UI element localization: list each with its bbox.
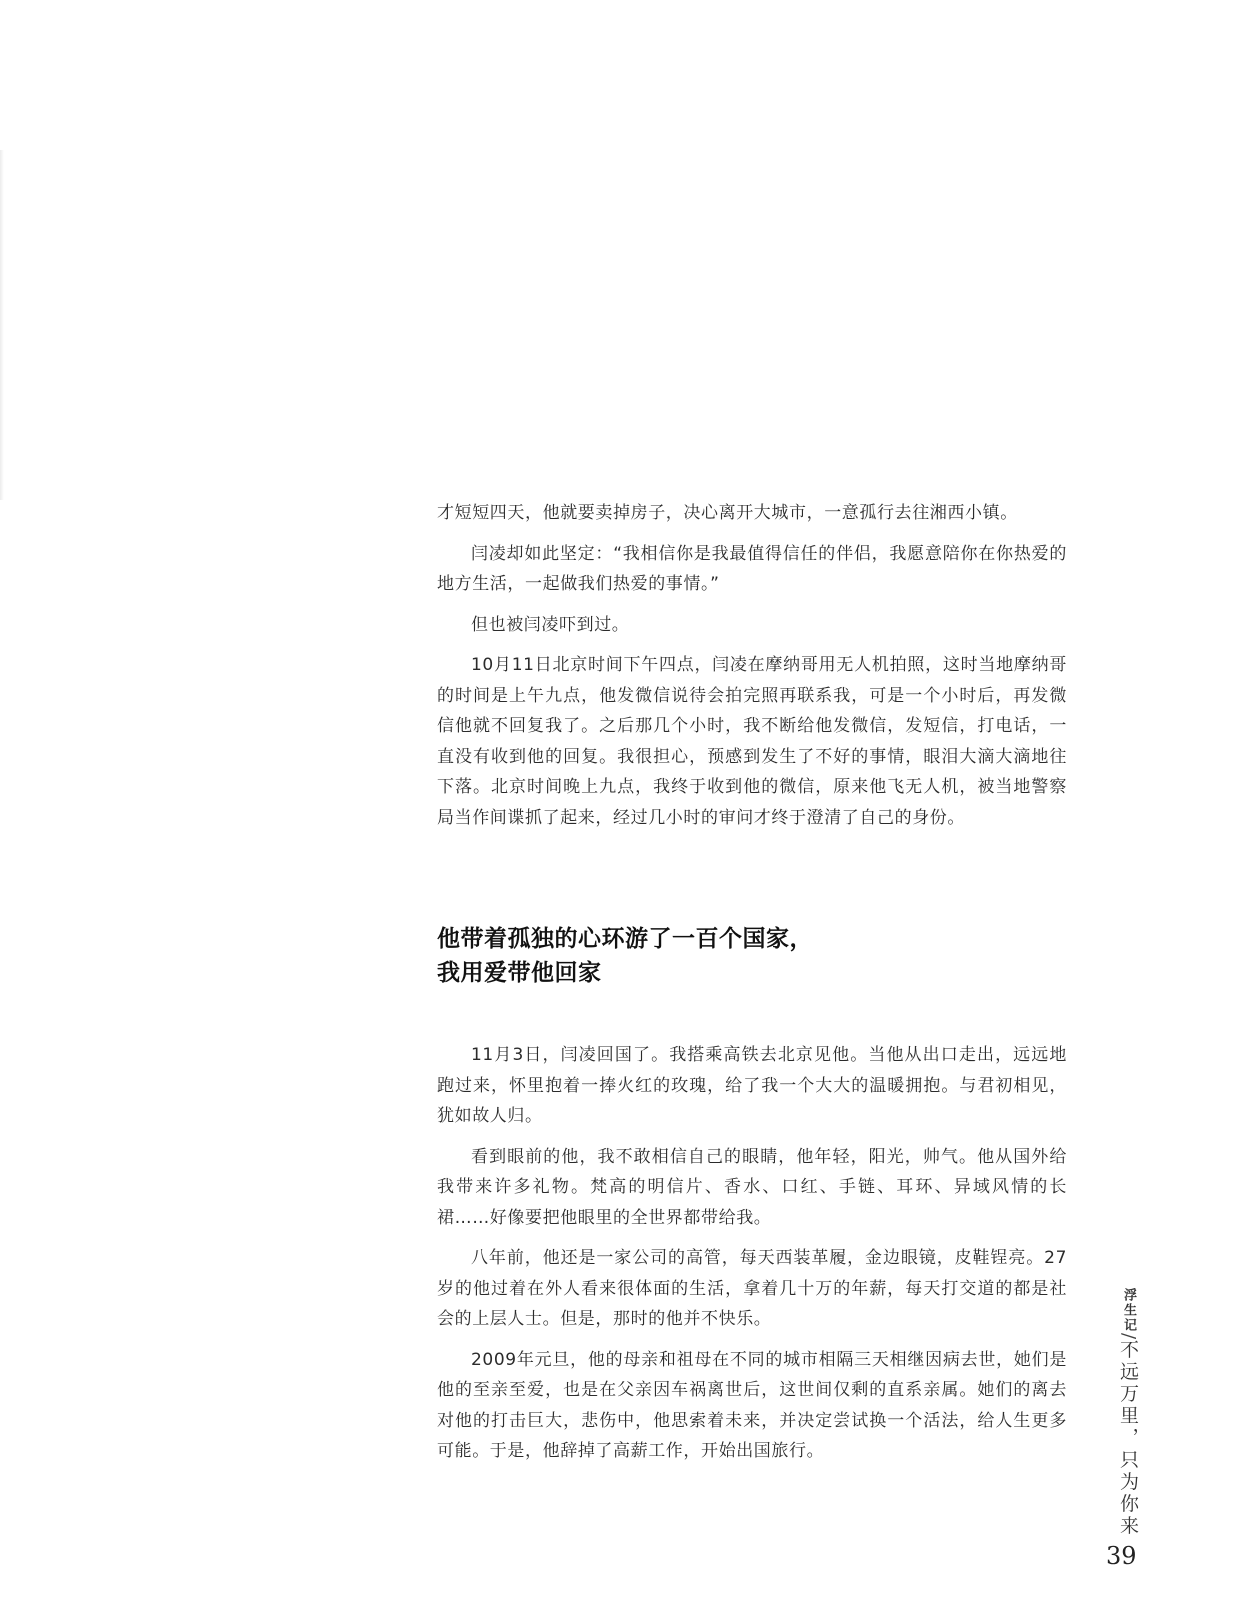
paragraph: 但也被闫凌吓到过。 (437, 610, 1067, 641)
paragraph: 才短短四天，他就要卖掉房子，决心离开大城市，一意孤行去往湘西小镇。 (437, 498, 1067, 529)
paragraph: 11月3日，闫凌回国了。我搭乘高铁去北京见他。当他从出口走出，远远地跑过来，怀里… (437, 1040, 1067, 1132)
body-section-1: 才短短四天，他就要卖掉房子，决心离开大城市，一意孤行去往湘西小镇。 闫凌却如此坚… (437, 498, 1067, 833)
paragraph: 八年前，他还是一家公司的高管，每天西装革履，金边眼镜，皮鞋锃亮。27岁的他过着在… (437, 1243, 1067, 1335)
body-section-2: 11月3日，闫凌回国了。我搭乘高铁去北京见他。当他从出口走出，远远地跑过来，怀里… (437, 1040, 1067, 1467)
running-head-title: 不远万里，只为你来 (1117, 1339, 1139, 1537)
paragraph: 2009年元旦，他的母亲和祖母在不同的城市相隔三天相继因病去世，她们是他的至亲至… (437, 1345, 1067, 1467)
paragraph: 看到眼前的他，我不敢相信自己的眼睛，他年轻，阳光，帅气。他从国外给我带来许多礼物… (437, 1142, 1067, 1234)
paragraph: 10月11日北京时间下午四点，闫凌在摩纳哥用无人机拍照，这时当地摩纳哥的时间是上… (437, 650, 1067, 833)
running-head: 浮生记/不远万里，只为你来 (1112, 1288, 1142, 1537)
section-heading: 他带着孤独的心环游了一百个国家， 我用爱带他回家 (437, 922, 1067, 990)
running-head-series: 浮生记 (1121, 1288, 1136, 1333)
page-gutter-shadow (0, 150, 4, 500)
section-heading-line-1: 他带着孤独的心环游了一百个国家， (437, 922, 1067, 956)
section-heading-line-2: 我用爱带他回家 (437, 956, 1067, 990)
paragraph: 闫凌却如此坚定：“我相信你是我最值得信任的伴侣，我愿意陪你在你热爱的地方生活，一… (437, 539, 1067, 600)
page-number: 39 (1106, 1542, 1137, 1570)
